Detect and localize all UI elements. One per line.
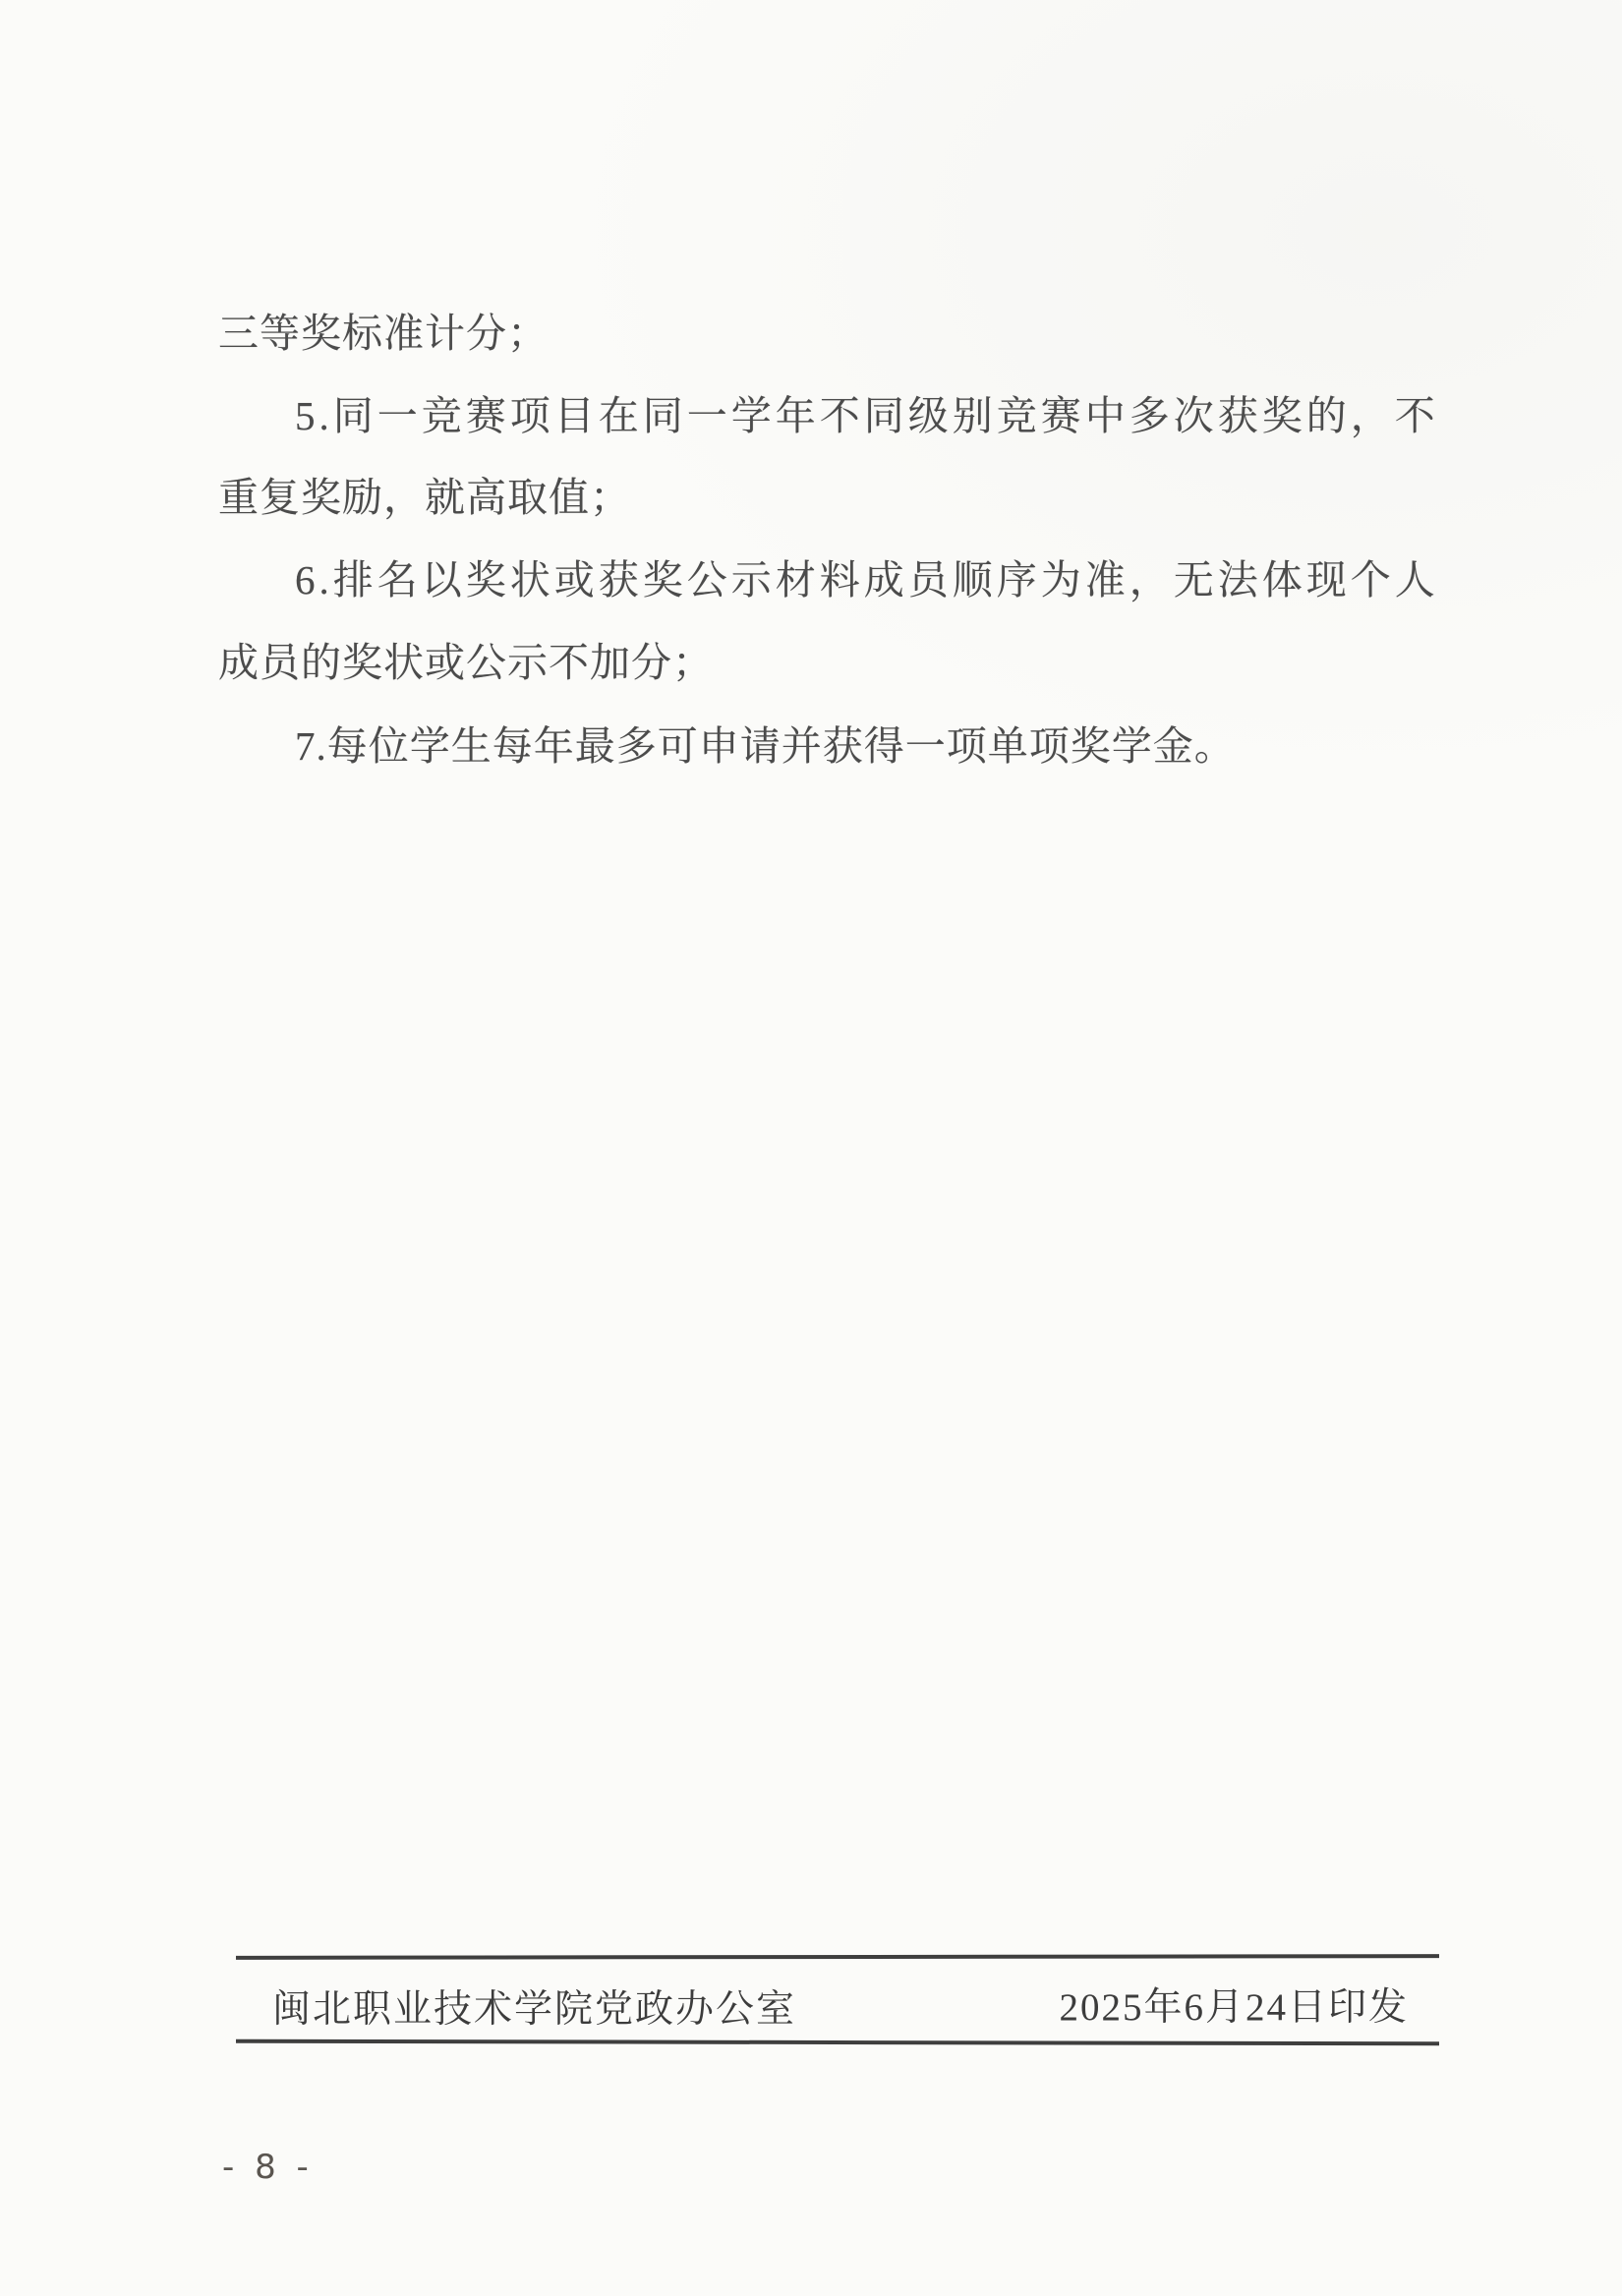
body-line: 三等奖标准计分；	[218, 314, 549, 354]
body-line: 重复奖励，就高取值；	[218, 478, 631, 518]
page-number: - 8 -	[222, 2151, 314, 2184]
body-line: 成员的奖状或公示不加分；	[218, 643, 714, 683]
colophon-rule-top	[236, 1954, 1439, 1960]
scanned-document-page: 三等奖标准计分； 5.同一竞赛项目在同一学年不同级别竞赛中多次获奖的，不 重复奖…	[0, 0, 1622, 2296]
body-line: 6.排名以奖状或获奖公示材料成员顺序为准，无法体现个人	[295, 560, 1439, 601]
body-line: 5.同一竞赛项目在同一学年不同级别竞赛中多次获奖的，不	[295, 396, 1439, 436]
colophon-rule-bottom	[236, 2039, 1439, 2046]
body-line: 7.每位学生每年最多可申请并获得一项单项奖学金。	[295, 726, 1236, 767]
colophon-print-date: 2025年6月24日印发	[1059, 1988, 1409, 2027]
colophon-issuer: 闽北职业技术学院党政办公室	[272, 1990, 796, 2029]
